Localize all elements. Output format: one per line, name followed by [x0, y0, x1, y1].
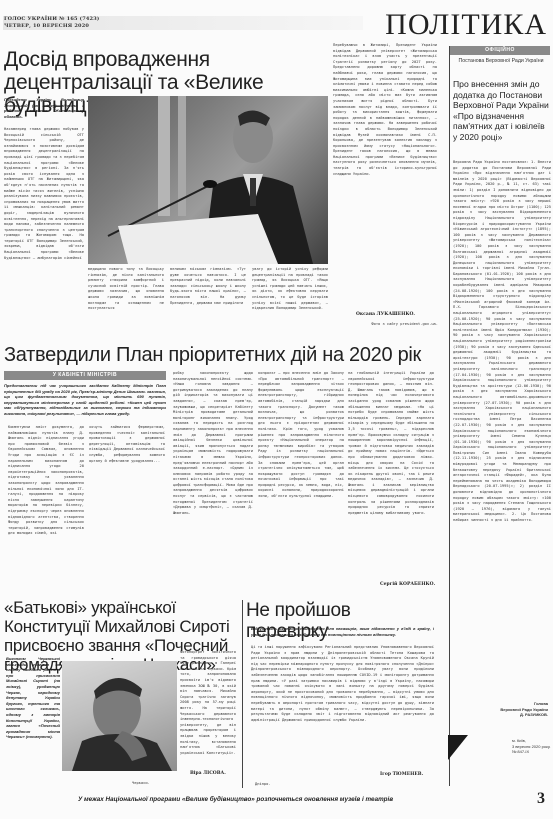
article3-body: Фотопортрет політичного та громадського … [180, 650, 236, 770]
article4-rule [242, 600, 243, 788]
article2-col2: хочуть займатися фермерством, проведення… [89, 425, 165, 591]
article1-photo-credit: Фото з сайту president.gov.ua. [360, 322, 438, 329]
paper-issue: ГОЛОС УКРАЇНИ № 165 (7423) [4, 16, 99, 23]
article3-author: Віра ЛІСОВА. [190, 771, 226, 776]
page-number: 3 [537, 790, 545, 808]
official-doc-type: Постанова Верховної Ради України [452, 58, 550, 65]
article3-photo-syrota [62, 661, 177, 771]
paper-info: ГОЛОС УКРАЇНИ № 165 (7423) ЧЕТВЕР, 10 ВЕ… [4, 16, 99, 30]
article2-headline: Затвердили План пріоритетних дій на 2020… [4, 344, 434, 366]
article2-kicker: У КАБІНЕТІ МІНІСТРІВ [4, 371, 166, 380]
article2-col5: на глобальній інтеграції України до євро… [348, 371, 434, 579]
article1-photo-president [88, 96, 328, 264]
article4-body: Ці та інші порушення зафіксували Регіона… [251, 645, 434, 771]
article3-lead: Виконком Черкаської міськради ухвалив на… [6, 656, 60, 776]
article3-place: Черкаси. [132, 781, 172, 788]
article1-author: Оксана ЛУКАШЕНКО. [356, 312, 415, 317]
newspaper-page: ГОЛОС УКРАЇНИ № 165 (7423) ЧЕТВЕР, 10 ВЕ… [0, 0, 553, 819]
article1-col3: великим міським гімназіям. «Тут дуже хоч… [170, 267, 246, 339]
article1-lead: Президент України Володимир Зеленський (… [4, 97, 84, 125]
official-number: № 847-IX [512, 749, 552, 755]
official-sidebar: ОФІЦІЙНО Постанова Верховної Ради Україн… [449, 46, 551, 786]
article1-col1: Насамперед глава держави побував у Висоц… [4, 127, 84, 340]
article2-col4: копроєкт — про внесення змін до Закону «… [258, 371, 344, 591]
article4-place: Дніпро. [255, 782, 295, 789]
page-header: ГОЛОС УКРАЇНИ № 165 (7423) ЧЕТВЕР, 10 ВЕ… [0, 10, 553, 38]
article2-author: Сергій КОРАБЕНКО. [380, 582, 435, 587]
article4-author: Ігор ТЮМЕНЕВ. [380, 772, 423, 777]
official-place-date: м. Київ, 3 вересня 2020 року. № 847-IX [512, 738, 552, 755]
president-photo-icon [88, 96, 328, 264]
portrait-photo-icon [62, 661, 177, 771]
article1-col2: медицини нового типу та Висоцьку гімназі… [88, 267, 164, 339]
article1-col4: увагу до історій успіху реформи децентра… [252, 267, 328, 339]
page-fold-corner-icon [448, 735, 468, 760]
footer-teaser: У межах Національної програми «Велике бу… [78, 796, 393, 803]
official-title: Про внесення змін до додатка до Постанов… [453, 79, 551, 142]
official-body: Верховна Рада України постановляє: 1. Вн… [453, 160, 551, 690]
section-title: ПОЛІТИКА [385, 8, 547, 42]
article1-col5: Перебуваючи в Житомирі, Президент Україн… [333, 43, 437, 308]
paper-date: ЧЕТВЕР, 10 ВЕРЕСНЯ 2020 [4, 23, 99, 30]
official-sign-name: Д. РАЗУМКОВ. [453, 712, 548, 718]
article4-lead: Відсутність окремого приміщення для паса… [251, 626, 434, 643]
article2-col3: робку законопроєкту щодо накопичувальної… [173, 371, 253, 591]
article2-lead: Представляючи під час учорашнього засіда… [4, 383, 166, 423]
official-tag: ОФІЦІЙНО [450, 46, 550, 55]
official-signature: Голова Верховної Ради України Д. РАЗУМКО… [453, 701, 548, 718]
page-footer: У межах Національної програми «Велике бу… [0, 791, 553, 811]
article2-col1: Коментуючи зміст документа, до найважлив… [8, 425, 84, 591]
